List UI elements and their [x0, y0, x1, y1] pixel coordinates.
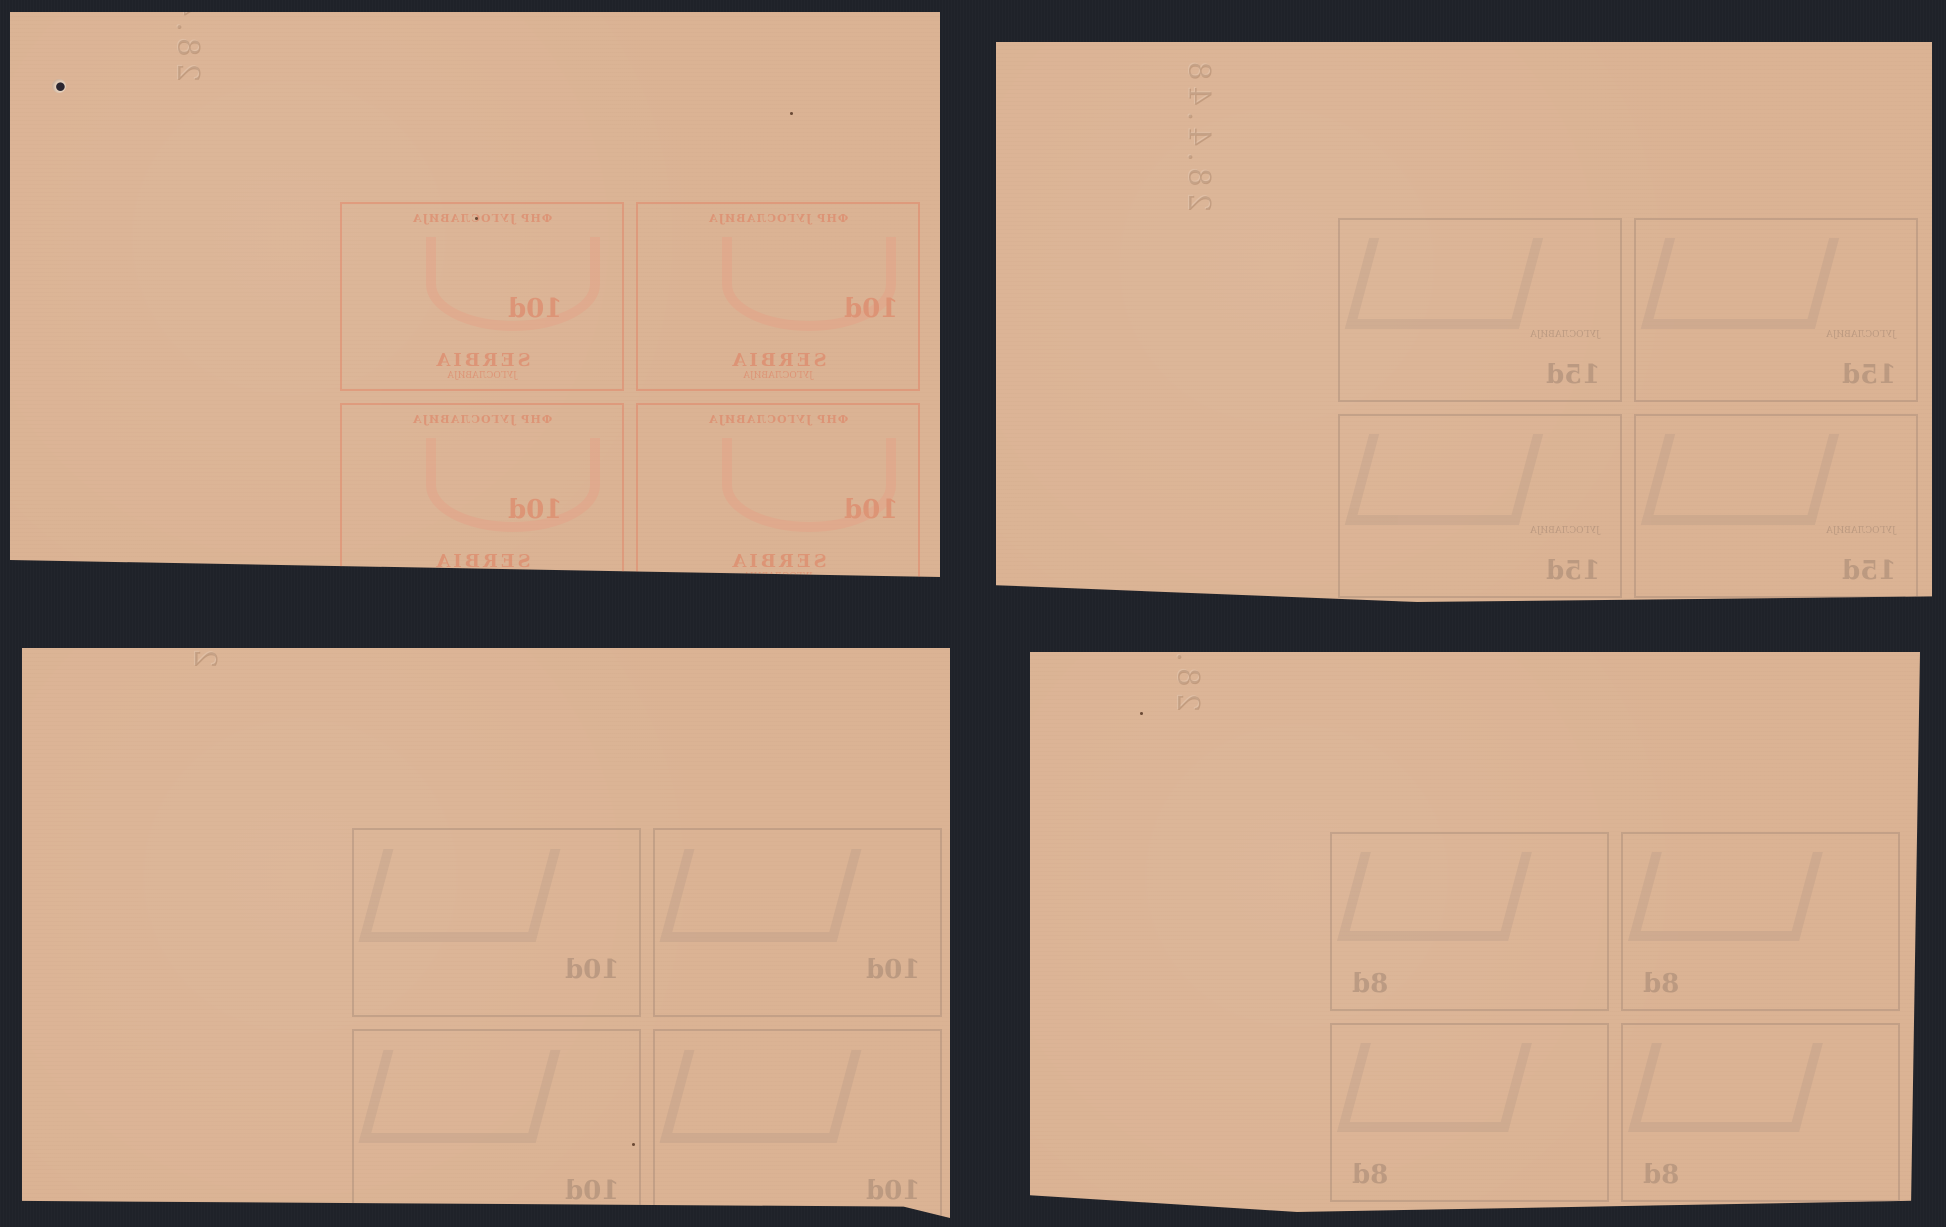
stamp-block: ФНР ЈУГОСЛАВИЈА 10d SERBIA ЈУГОСЛАВИЈА Ф…	[340, 202, 920, 592]
stamp-top-text: ФНР ЈУГОСЛАВИЈА	[646, 413, 910, 426]
stamp: 10d	[653, 1029, 942, 1218]
stamp-motif	[660, 849, 862, 942]
stamp-subtext: ЈУГОСЛАВИЈА	[1530, 526, 1600, 536]
stamp: 8d	[1330, 1023, 1609, 1202]
stamp-motif	[1628, 1043, 1823, 1132]
stamp: 8d	[1621, 832, 1900, 1011]
stamp: 15d ЈУГОСЛАВИЈА	[1338, 218, 1622, 402]
stamp-sheet-bottom-right: 28.4.48 8d 8d 8d 8d	[1030, 652, 1920, 1212]
stamp-country: SERBIA	[350, 551, 614, 572]
stamp: 15d ЈУГОСЛАВИЈА	[1634, 414, 1918, 598]
stamp-value: 10d	[866, 955, 920, 985]
punch-hole	[52, 79, 66, 93]
stamp-motif	[1345, 238, 1543, 329]
stamp: 10d	[653, 828, 942, 1017]
stamp: 15d ЈУГОСЛАВИЈА	[1634, 218, 1918, 402]
paper-speck	[1140, 712, 1143, 715]
stamp-block: 8d 8d 8d 8d	[1330, 832, 1900, 1202]
stamp-country: SERBIA	[646, 551, 910, 572]
stamp-motif	[1641, 434, 1839, 525]
stamp-subtext: ЈУГОСЛАВИЈА	[646, 371, 910, 381]
stamp-value: 10d	[508, 495, 562, 525]
stamp-subtext: ЈУГОСЛАВИЈА	[646, 572, 910, 582]
stamp-top-text: ФНР ЈУГОСЛАВИЈА	[350, 212, 614, 225]
stamp-country: SERBIA	[350, 350, 614, 371]
stamp: 8d	[1330, 832, 1609, 1011]
stamp: 10d	[352, 828, 641, 1017]
stamp-sheet-top-left: 28.4.48 ФНР ЈУГОСЛАВИЈА 10d SERBIA ЈУГОС…	[10, 12, 940, 577]
stamp-motif	[1628, 852, 1823, 941]
stamp: 8d	[1621, 1023, 1900, 1202]
stamp: ФНР ЈУГОСЛАВИЈА 10d SERBIA ЈУГОСЛАВИЈА	[340, 202, 624, 391]
stamp: 15d ЈУГОСЛАВИЈА	[1338, 414, 1622, 598]
stamp-subtext: ЈУГОСЛАВИЈА	[1530, 330, 1600, 340]
stamp-block: 15d ЈУГОСЛАВИЈА 15d ЈУГОСЛАВИЈА 15d ЈУГО…	[1338, 218, 1918, 598]
stamp-subtext: ЈУГОСЛАВИЈА	[1826, 330, 1896, 340]
stamp-value: 10d	[565, 1176, 619, 1206]
margin-control-number: 28.4.48	[1181, 55, 1216, 212]
stamp-motif	[1337, 852, 1532, 941]
stamp-value: 15d	[1546, 360, 1600, 390]
stamp-value: 15d	[1842, 360, 1896, 390]
stamp: ФНР ЈУГОСЛАВИЈА 10d SERBIA ЈУГОСЛАВИЈА	[636, 202, 920, 391]
stamp-value: 15d	[1842, 556, 1896, 586]
stamp-country: SERBIA	[646, 350, 910, 371]
stamp: ФНР ЈУГОСЛАВИЈА 10d SERBIA ЈУГОСЛАВИЈА	[340, 403, 624, 592]
stamp-value: 8d	[1643, 1160, 1679, 1190]
stamp-motif	[1641, 238, 1839, 329]
paper-speck	[475, 217, 478, 220]
paper-speck	[790, 112, 793, 115]
stamp-motif	[660, 1050, 862, 1143]
stamp: 10d	[352, 1029, 641, 1218]
stamp-value: 10d	[844, 294, 898, 324]
stamp-subtext: ЈУГОСЛАВИЈА	[350, 572, 614, 582]
stamp-subtext: ЈУГОСЛАВИЈА	[350, 371, 614, 381]
stamp-block: 10d 10d 10d 10d	[352, 828, 942, 1218]
stamp-motif	[359, 849, 561, 942]
stamp-motif	[1337, 1043, 1532, 1132]
margin-control-number: 28.4.48	[170, 0, 205, 82]
stamp-value: 8d	[1643, 969, 1679, 999]
stamp-value: 10d	[844, 495, 898, 525]
stamp: ФНР ЈУГОСЛАВИЈА 10d SERBIA ЈУГОСЛАВИЈА	[636, 403, 920, 592]
stamp-subtext: ЈУГОСЛАВИЈА	[1826, 526, 1896, 536]
stamp-motif	[359, 1050, 561, 1143]
stamp-top-text: ФНР ЈУГОСЛАВИЈА	[350, 413, 614, 426]
stamp-value: 15d	[1546, 556, 1600, 586]
stamp-value: 10d	[508, 294, 562, 324]
stamp-value: 8d	[1352, 969, 1388, 999]
stamp-sheet-bottom-left: 28.4.48 10d 10d 10d 10d	[22, 648, 950, 1218]
stamp-value: 8d	[1352, 1160, 1388, 1190]
stamp-top-text: ФНР ЈУГОСЛАВИЈА	[646, 212, 910, 225]
stamp-value: 10d	[866, 1176, 920, 1206]
stamp-value: 10d	[565, 955, 619, 985]
stamp-sheet-top-right: 28.4.48 15d ЈУГОСЛАВИЈА 15d ЈУГОСЛАВИЈА …	[996, 42, 1932, 602]
paper-speck	[632, 1143, 635, 1146]
stamp-motif	[1345, 434, 1543, 525]
